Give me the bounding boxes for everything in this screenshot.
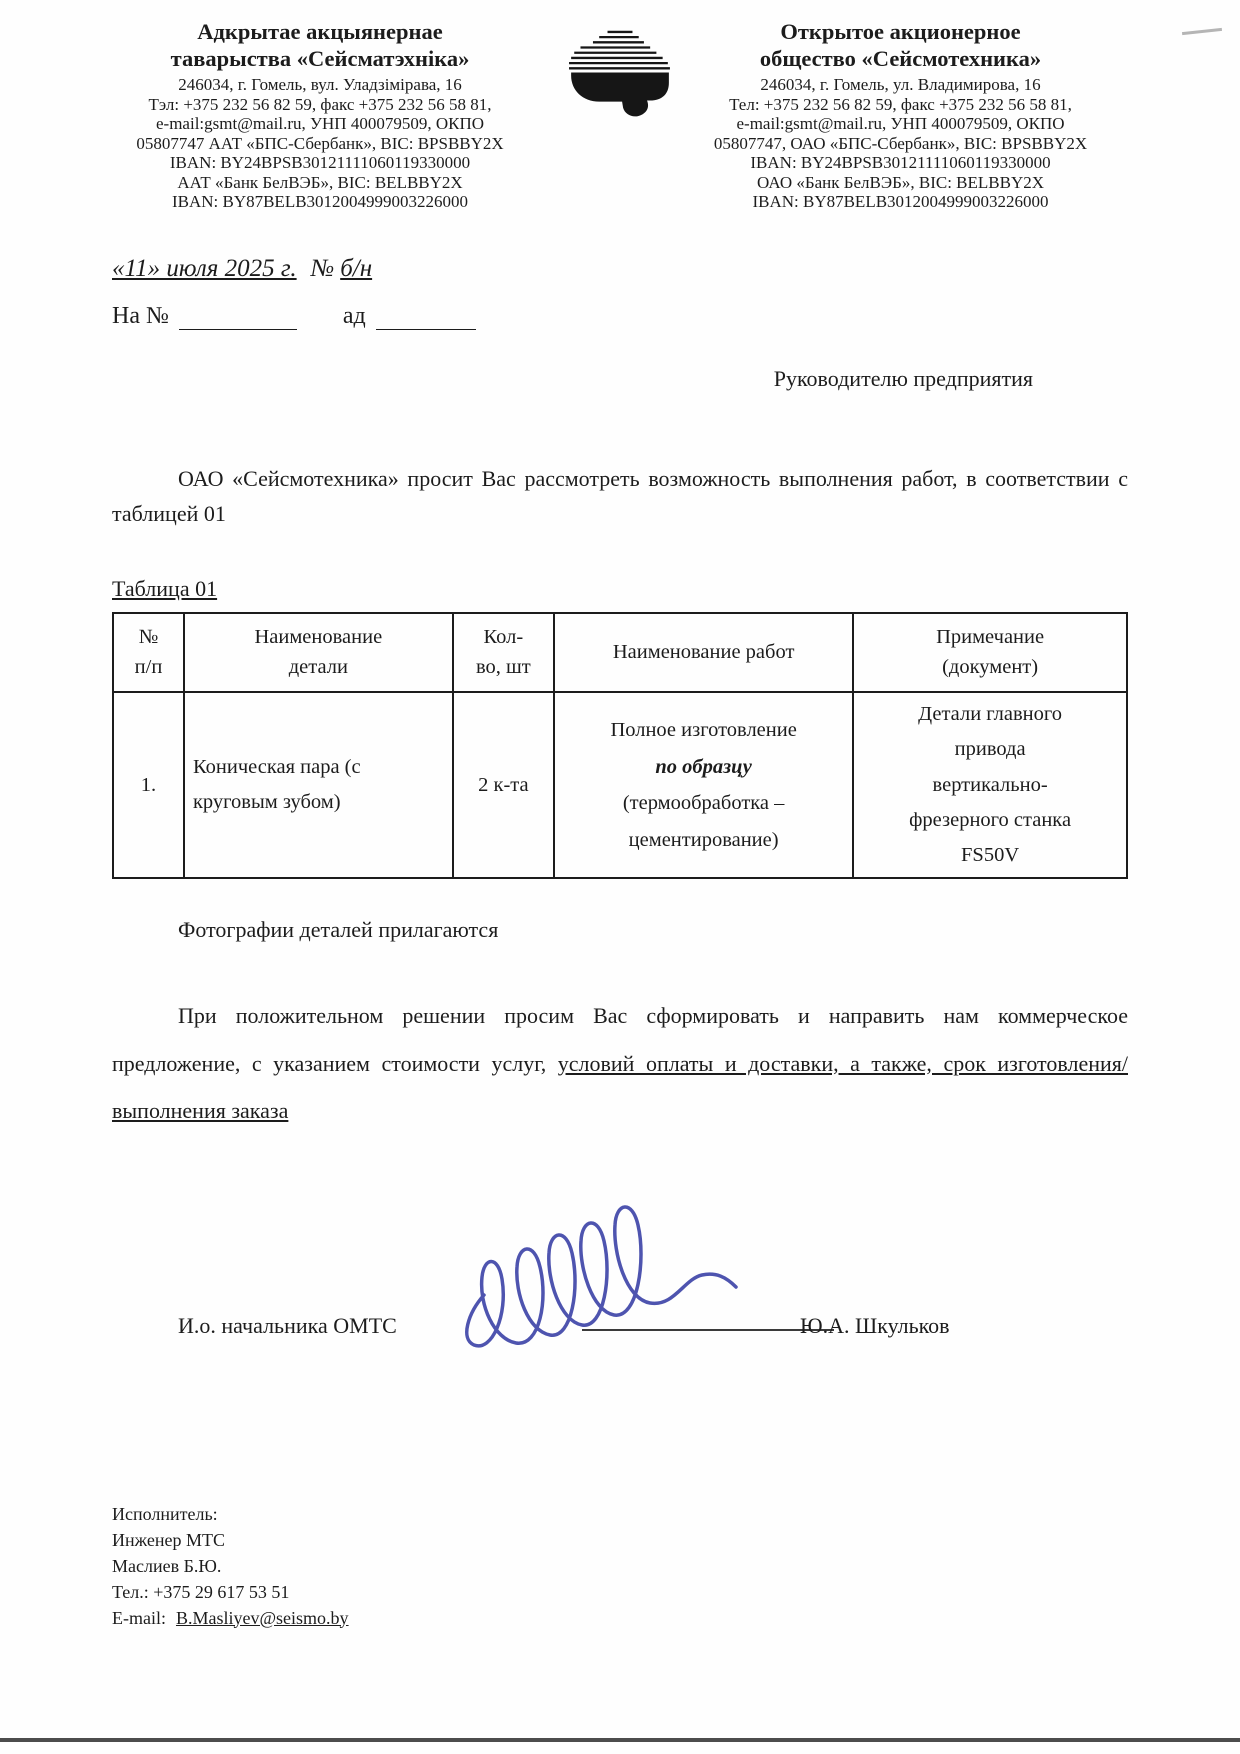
- work-line-3: (термообработка –: [563, 785, 844, 821]
- reply-infix: ад: [343, 303, 366, 329]
- letterhead: Адкрытае акцыянернае таварыства «Сейсмат…: [0, 0, 1240, 235]
- email-label: E-mail:: [112, 1608, 166, 1628]
- works-table: №п/п Наименованиедетали Кол-во, шт Наиме…: [112, 612, 1128, 880]
- table-row: 1. Коническая пара (скруговым зубом) 2 к…: [113, 692, 1127, 878]
- letterhead-russian-column: Открытое акционерное общество «Сейсмотех…: [648, 18, 1153, 212]
- letterhead-belarusian-column: Адкрытае акцыянернае таварыства «Сейсмат…: [105, 18, 535, 212]
- scanned-letter-page: Адкрытае акцыянернае таварыства «Сейсмат…: [0, 0, 1240, 1754]
- header-number: №п/п: [113, 613, 184, 693]
- addressee: Руководителю предприятия: [112, 366, 1128, 392]
- executor-phone: Тел.: +375 29 617 53 51: [112, 1579, 1128, 1605]
- company-details-by: 246034, г. Гомель, вул. Уладзімірава, 16…: [105, 75, 535, 212]
- table-label: Таблица 01: [112, 576, 237, 602]
- executor-position: Инженер МТС: [112, 1527, 1128, 1553]
- signature-line: [582, 1329, 834, 1331]
- company-details-ru: 246034, г. Гомель, ул. Владимирова, 16 Т…: [648, 75, 1153, 212]
- table-header-row: №п/п Наименованиедетали Кол-во, шт Наиме…: [113, 613, 1127, 693]
- bank1-line-ru: 05807747, ОАО «БПС-Сбербанк», BIC: BPSBB…: [648, 134, 1153, 154]
- scan-artifact: [1182, 28, 1222, 35]
- executor-person: Маслиев Б.Ю.: [112, 1553, 1128, 1579]
- intro-paragraph: ОАО «Сейсмотехника» просит Вас рассмотре…: [112, 462, 1128, 532]
- photos-note: Фотографии деталей прилагаются: [112, 913, 1128, 948]
- bank1-line-by: 05807747 ААТ «БПС-Сбербанк», BIC: BPSBBY…: [105, 134, 535, 154]
- cell-quantity: 2 к-та: [453, 692, 554, 878]
- reference-line: «11» июля 2025 г.№б/н: [112, 255, 1128, 283]
- executor-label: Исполнитель:: [112, 1501, 1128, 1527]
- bank2-line-ru: ОАО «Банк БелВЭБ», BIC: BELBBY2X: [648, 173, 1153, 193]
- number-sign: №: [311, 255, 335, 282]
- cell-work-name: Полное изготовление по образцу (термообр…: [554, 692, 853, 878]
- iban2-line-by: IBAN: BY87BELB3012004999003226000: [105, 192, 535, 212]
- letter-body: «11» июля 2025 г.№б/н На №ад Руководител…: [0, 255, 1240, 1631]
- executor-email-line: E-mail:B.Masliyev@seismo.by: [112, 1605, 1128, 1631]
- address-line-by: 246034, г. Гомель, вул. Уладзімірава, 16: [105, 75, 535, 95]
- header-part-name: Наименованиедетали: [184, 613, 453, 693]
- company-name-by-line2: таварыства «Сейсматэхніка»: [105, 45, 535, 72]
- bank2-line-by: ААТ «Банк БелВЭБ», BIC: BELBBY2X: [105, 173, 535, 193]
- letter-date: «11» июля 2025 г.: [112, 255, 297, 282]
- phone-line-by: Тэл: +375 232 56 82 59, факс +375 232 56…: [105, 95, 535, 115]
- reply-reference-line: На №ад: [112, 303, 1128, 330]
- header-note: Примечание(документ): [853, 613, 1127, 693]
- company-name-by: Адкрытае акцыянернае таварыства «Сейсмат…: [105, 18, 535, 72]
- closing-paragraph: При положительном решении просим Вас сфо…: [112, 992, 1128, 1135]
- signer-name: Ю.А. Шкульков: [800, 1313, 950, 1339]
- work-line-1: Полное изготовление: [563, 712, 844, 748]
- signer-title: И.о. начальника ОМТС: [178, 1313, 397, 1339]
- phone-line-ru: Тел: +375 232 56 82 59, факс +375 232 56…: [648, 95, 1153, 115]
- header-quantity: Кол-во, шт: [453, 613, 554, 693]
- iban2-line-ru: IBAN: BY87BELB3012004999003226000: [648, 192, 1153, 212]
- header-work-name: Наименование работ: [554, 613, 853, 693]
- iban1-line-ru: IBAN: BY24BPSB30121111060119330000: [648, 153, 1153, 173]
- reply-number-blank: [179, 305, 297, 330]
- email-unp-line-ru: e-mail:gsmt@mail.ru, УНП 400079509, ОКПО: [648, 114, 1153, 134]
- reply-date-blank: [376, 305, 476, 330]
- company-name-ru: Открытое акционерное общество «Сейсмотех…: [648, 18, 1153, 72]
- iban1-line-by: IBAN: BY24BPSB30121111060119330000: [105, 153, 535, 173]
- email-unp-line-by: e-mail:gsmt@mail.ru, УНП 400079509, ОКПО: [105, 114, 535, 134]
- handwritten-signature: [450, 1175, 770, 1365]
- email-address: B.Masliyev@seismo.by: [176, 1608, 349, 1628]
- work-line-2: по образцу: [563, 749, 844, 785]
- company-name-by-line1: Адкрытае акцыянернае: [105, 18, 535, 45]
- reply-prefix: На №: [112, 303, 169, 329]
- work-line-4: цементирование): [563, 822, 844, 858]
- cell-note: Детали главногоприводавертикально-фрезер…: [853, 692, 1127, 878]
- executor-block: Исполнитель: Инженер МТС Маслиев Б.Ю. Те…: [112, 1501, 1128, 1631]
- cell-number: 1.: [113, 692, 184, 878]
- letter-number: б/н: [340, 255, 372, 282]
- address-line-ru: 246034, г. Гомель, ул. Владимирова, 16: [648, 75, 1153, 95]
- company-name-ru-line2: общество «Сейсмотехника»: [648, 45, 1153, 72]
- signature-block: И.о. начальника ОМТС Ю.А. Шкульков: [112, 1161, 1128, 1379]
- company-name-ru-line1: Открытое акционерное: [648, 18, 1153, 45]
- scan-bottom-edge: [0, 1738, 1240, 1742]
- cell-part-name: Коническая пара (скруговым зубом): [184, 692, 453, 878]
